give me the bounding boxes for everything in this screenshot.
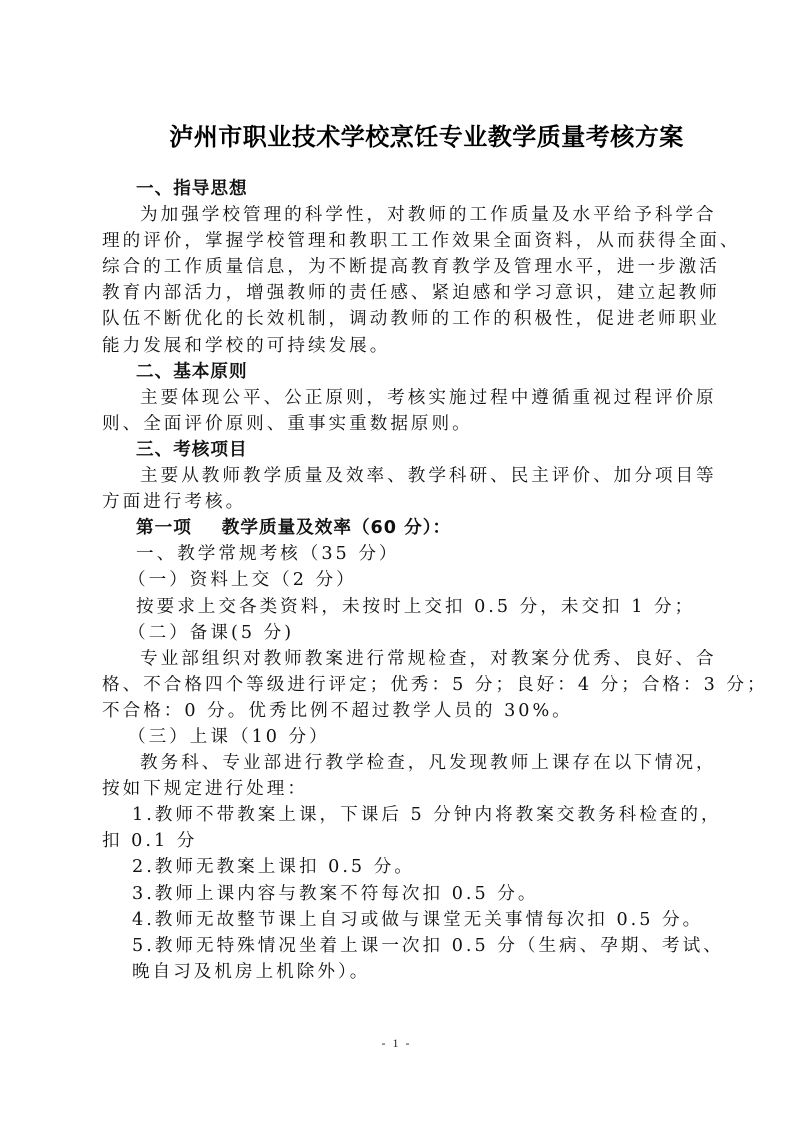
paragraph-line: 不合格：0 分。优秀比例不超过教学人员的 30%。 — [102, 698, 702, 724]
rule-item: 3.教师上课内容与教案不符每次扣 0.5 分。 — [102, 881, 702, 907]
paragraph-line: 能力发展和学校的可持续发展。 — [102, 333, 702, 359]
paragraph-line: 教育内部活力，增强教师的责任感、紧迫感和学习意识，建立起教师 — [102, 280, 702, 306]
section-heading-assessment-items: 三、考核项目 — [102, 437, 702, 463]
paragraph-line: 为加强学校管理的科学性，对教师的工作质量及水平给予科学合 — [102, 202, 702, 228]
part-heading-lesson-prep: （二）备课(5 分) — [102, 620, 702, 646]
paragraph-line: 主要从教师教学质量及效率、教学科研、民主评价、加分项目等 — [102, 463, 702, 489]
paragraph-line: 队伍不断优化的长效机制，调动教师的工作的积极性，促进老师职业 — [102, 306, 702, 332]
paragraph-line: 理的评价，掌握学校管理和教职工工作效果全面资料，从而获得全面、 — [102, 228, 702, 254]
item-label: 第一项 — [136, 518, 192, 538]
item-title: 教学质量及效率（60 分）： — [222, 518, 451, 538]
paragraph-line: 按如下规定进行处理： — [102, 776, 702, 802]
rule-item: 4.教师无故整节课上自习或做与课堂无关事情每次扣 0.5 分。 — [102, 907, 702, 933]
part-heading-class: （三）上课（10 分） — [102, 724, 702, 750]
paragraph-line: 专业部组织对教师教案进行常规检查，对教案分优秀、良好、合 — [102, 646, 702, 672]
rule-item: 2.教师无教案上课扣 0.5 分。 — [102, 854, 702, 880]
document-body: 一、指导思想 为加强学校管理的科学性，对教师的工作质量及水平给予科学合 理的评价… — [102, 176, 702, 985]
rule-item-continued: 扣 0.1 分 — [102, 828, 702, 854]
paragraph-line: 则、全面评价原则、重事实重数据原则。 — [102, 411, 702, 437]
page-number: - 1 - — [0, 1036, 793, 1051]
section-heading-guiding-ideology: 一、指导思想 — [102, 176, 702, 202]
rule-item: 5.教师无特殊情况坐着上课一次扣 0.5 分（生病、孕期、考试、 — [102, 933, 702, 959]
subsection-heading-routine: 一、教学常规考核（35 分） — [102, 541, 702, 567]
document-title: 泸州市职业技术学校烹饪专业教学质量考核方案 — [0, 122, 793, 152]
rule-item: 1.教师不带教案上课，下课后 5 分钟内将教案交教务科检查的， — [102, 802, 702, 828]
paragraph-line: 方面进行考核。 — [102, 489, 702, 515]
paragraph-line: 格、不合格四个等级进行评定；优秀：5 分；良好：4 分；合格：3 分； — [102, 672, 702, 698]
paragraph-line: 按要求上交各类资料，未按时上交扣 0.5 分，未交扣 1 分； — [102, 594, 702, 620]
part-heading-materials: （一）资料上交（2 分） — [102, 567, 702, 593]
paragraph-line: 综合的工作质量信息，为不断提高教育教学及管理水平，进一步激活 — [102, 254, 702, 280]
item-heading-teaching-quality: 第一项教学质量及效率（60 分）： — [102, 515, 702, 541]
paragraph-line: 教务科、专业部进行教学检查，凡发现教师上课存在以下情况， — [102, 750, 702, 776]
document-page: 泸州市职业技术学校烹饪专业教学质量考核方案 一、指导思想 为加强学校管理的科学性… — [0, 0, 793, 1122]
rule-item-continued: 晚自习及机房上机除外）。 — [102, 959, 702, 985]
section-heading-basic-principles: 二、基本原则 — [102, 359, 702, 385]
paragraph-line: 主要体现公平、公正原则，考核实施过程中遵循重视过程评价原 — [102, 385, 702, 411]
